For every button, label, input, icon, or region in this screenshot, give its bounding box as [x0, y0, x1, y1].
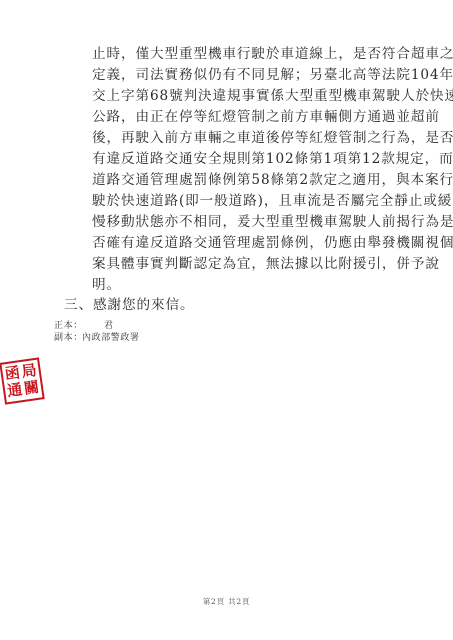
original-value: 君 — [104, 321, 114, 331]
body-line: 後，再駛入前方車輛之車道後停等紅燈管制之行為，是否 — [92, 128, 400, 149]
body-line: 公路，由正在停等紅燈管制之前方車輛側方通過並超前 — [92, 107, 400, 128]
original-label: 正本： — [54, 320, 82, 332]
document-page: 止時，僅大型重型機車行駛於車道線上，是否符合超車之 定義，司法實務似仍有不同見解… — [0, 0, 453, 640]
body-line: 明。 — [92, 275, 400, 296]
original-recipient: 正本：君 — [54, 320, 114, 332]
body-line: 交上字第68號判決違規事實係大型重型機車駕駛人於快速 — [92, 86, 400, 107]
copy-recipient: 副本：內政部警政署 — [54, 332, 140, 344]
body-line: 止時，僅大型重型機車行駛於車道線上，是否符合超車之 — [92, 44, 400, 65]
item-three-thanks: 三、感謝您的來信。 — [64, 295, 194, 316]
body-line: 駛於快速道路(即一般道路)，且車流是否屬完全靜止或緩 — [92, 191, 400, 212]
body-line: 定義，司法實務似仍有不同見解；另臺北高等法院104年 — [92, 65, 400, 86]
copy-label: 副本： — [54, 332, 82, 344]
seal-char: 關 — [22, 379, 41, 398]
body-line: 慢移動狀態亦不相同，爰大型重型機車駕駛人前揭行為是 — [92, 212, 400, 233]
copy-value: 內政部警政署 — [82, 333, 140, 343]
body-line: 案具體事實判斷認定為宜，無法據以比附援引，併予說 — [92, 254, 400, 275]
page-footer: 第2頁 共2頁 — [0, 596, 453, 607]
body-line: 有違反道路交通安全規則第102條第1項第12款規定，而有 — [92, 149, 400, 170]
body-line: 否確有違反道路交通管理處罰條例，仍應由舉發機關視個 — [92, 233, 400, 254]
official-seal-stamp: 函 局 通 關 — [0, 357, 45, 404]
body-line: 道路交通管理處罰條例第58條第2款定之適用，與本案行 — [92, 170, 400, 191]
body-paragraph: 止時，僅大型重型機車行駛於車道線上，是否符合超車之 定義，司法實務似仍有不同見解… — [92, 44, 400, 296]
